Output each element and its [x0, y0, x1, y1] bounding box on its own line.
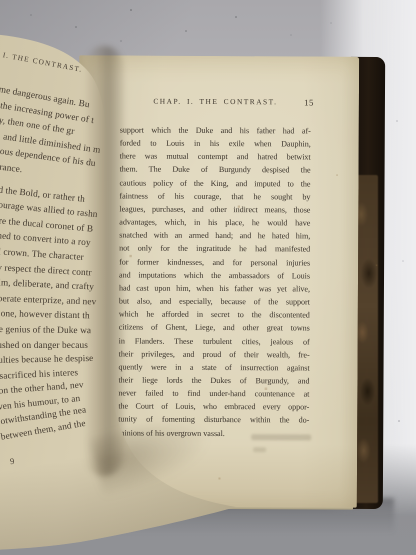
text-line: and imputations which the ambassadors of… [119, 268, 310, 282]
text-line: citizens of Ghent, Liege, and other grea… [119, 321, 310, 335]
foxing-spots [79, 55, 80, 56]
text-line: quently were in a state of insurrection … [119, 360, 310, 374]
text-line: forded to Louis in his exile when Dauphi… [120, 137, 311, 151]
running-header-text: CHAP. I. THE CONTRAST. [153, 97, 277, 107]
text-line: never failed to find under-hand countena… [118, 387, 309, 401]
text-line: faintness of his courage, that he sought… [119, 189, 310, 203]
text-line: their privileges, and proud of their wea… [119, 347, 310, 361]
text-line: which he afforded in secret to the disco… [119, 308, 310, 322]
text-line: had cast upon him, when his father was y… [119, 281, 310, 295]
text-line: cautious policy of the King, and imputed… [119, 176, 310, 190]
dust-speckles [0, 0, 2, 2]
text-line: support which the Duke and his father ha… [120, 123, 311, 137]
text-line: snatched with an armed hand; and he hate… [119, 229, 310, 243]
text-line: but also, and especially, because of the… [119, 295, 310, 309]
book-photograph: CHAP. I. THE CONTRAST. 15 support which … [0, 0, 416, 555]
text-line: advantages, which, in his place, he woul… [119, 216, 310, 230]
signature-mark: 9 [9, 456, 14, 466]
text-line: leagues, purchases, and other indirect m… [119, 202, 310, 216]
text-line: the Court of Louis, who embraced every o… [118, 400, 309, 414]
text-line: for former kindnesses, and for personal … [119, 255, 310, 269]
text-line: tunity of fomenting disturbance within t… [118, 413, 309, 427]
text-line: them. The Duke of Burgundy despised the [120, 163, 311, 177]
text-line: their liege lords the Dukes of Burgundy,… [118, 373, 309, 387]
ink-show-through [253, 447, 266, 452]
text-line: there was mutual contempt and hatred bet… [120, 150, 311, 164]
right-page-text-block: support which the Duke and his father ha… [118, 123, 311, 440]
running-header: CHAP. I. THE CONTRAST. 15 [120, 96, 311, 109]
page-number: 15 [304, 97, 314, 107]
text-line: in Flanders. These turbulent cities, jea… [119, 334, 310, 348]
ink-show-through [251, 434, 311, 440]
text-line: not only for the ingratitude he had mani… [119, 242, 310, 256]
